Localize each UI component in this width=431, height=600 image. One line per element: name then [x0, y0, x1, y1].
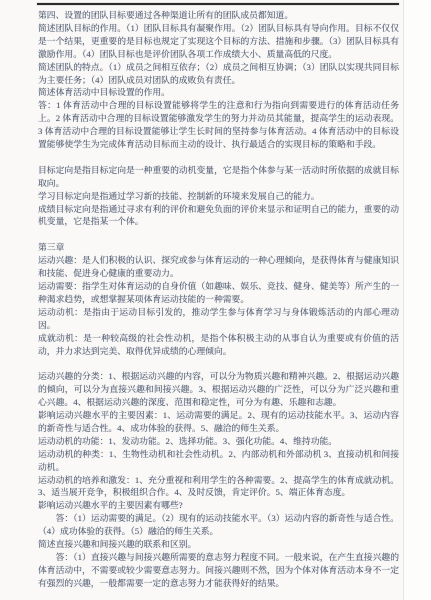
paragraph: 简述团队的特点。（1）成员之间相互依存；（2）成员之间相互协调；（3）团队以实现… [38, 61, 399, 87]
definition-paragraph: 运动兴趣：是人们积极的认识、探究或参与体育运动的一种心理倾向，是获得体育与健康知… [38, 254, 399, 280]
paragraph: 第四、设置的团队目标要通过各种渠道让所有的团队成员都知道。 [38, 9, 399, 22]
question-paragraph: 简述直接兴趣和间接兴趣的联系和区别。 [38, 538, 399, 551]
answer-paragraph: 答：（1）直接兴趣与间接兴趣所需要的意志努力程度不同。一般来说，在产生直接兴趣的… [38, 551, 399, 590]
definition-paragraph: 目标定向是指目标定向是一种重要的动机变量，它是指个体参与某一活动时所依据的成就目… [38, 164, 399, 190]
definition-paragraph: 学习目标定向是指通过学习新的技能、控制新的环境来发展自己的能力。 [38, 190, 399, 203]
top-divider-rule [37, 3, 399, 5]
answer-paragraph: 答：1 体育活动中合理的目标设置能够将学生的注意和行为指向到需要进行的体育活动任… [38, 99, 399, 151]
answer-paragraph: 答：（1）运动需要的满足。（2）现有的运动技能水平。（3）运动内容的新奇性与适合… [38, 512, 399, 538]
paragraph: 运动动机的培养和激发：1、充分重视和利用学生的各种需要。2、提高学生的体育成就动… [38, 474, 399, 500]
paragraph: 运动兴趣的分类：1、根据运动兴趣的内容，可以分为物质兴趣和精神兴趣。2、根据运动… [38, 370, 399, 409]
paragraph: 运动动机的功能：1、发动功能。2、选择功能。3、强化功能。4、维持功能。 [38, 435, 399, 448]
definition-paragraph: 运动需要：指学生对体育运动的自身价值（如趣味、娱乐、竞技、健身、健美等）所产生的… [38, 280, 399, 306]
definition-paragraph: 成绩目标定向是指通过寻求有利的评价和避免负面的评价来显示和证明自己的能力，重要的… [38, 203, 399, 229]
definition-paragraph: 成就动机：是一种较高级的社会性动机，是指个体积极主动的从事自认为重要或有价值的活… [38, 332, 399, 358]
definition-paragraph: 运动动机：是指由于运动目标引发的，推动学生参与体育学习与身体锻炼活动的内部心理动… [38, 306, 399, 332]
paragraph: 运动动机的种类：1、生物性动机和社会性动机。2、内部动机和外部动机 3、直接动机… [38, 448, 399, 474]
paragraph: 影响运动兴趣水平的主要因素：1、运动需要的满足。2、现有的运动技能水平。3、运动… [38, 409, 399, 435]
chapter-heading: 第三章 [38, 241, 399, 254]
question-paragraph: 影响运动兴趣水平的主要因素有哪些? [38, 499, 399, 512]
page-edge-strip [403, 0, 431, 600]
question-paragraph: 简述体育活动中目标设置的作用。 [38, 86, 399, 99]
document-text-block: 第四、设置的团队目标要通过各种渠道让所有的团队成员都知道。 简述团队目标的作用。… [38, 9, 399, 590]
paragraph: 简述团队目标的作用。（1）团队目标具有凝聚作用。（2）团队目标具有导向作用。目标… [38, 22, 399, 61]
